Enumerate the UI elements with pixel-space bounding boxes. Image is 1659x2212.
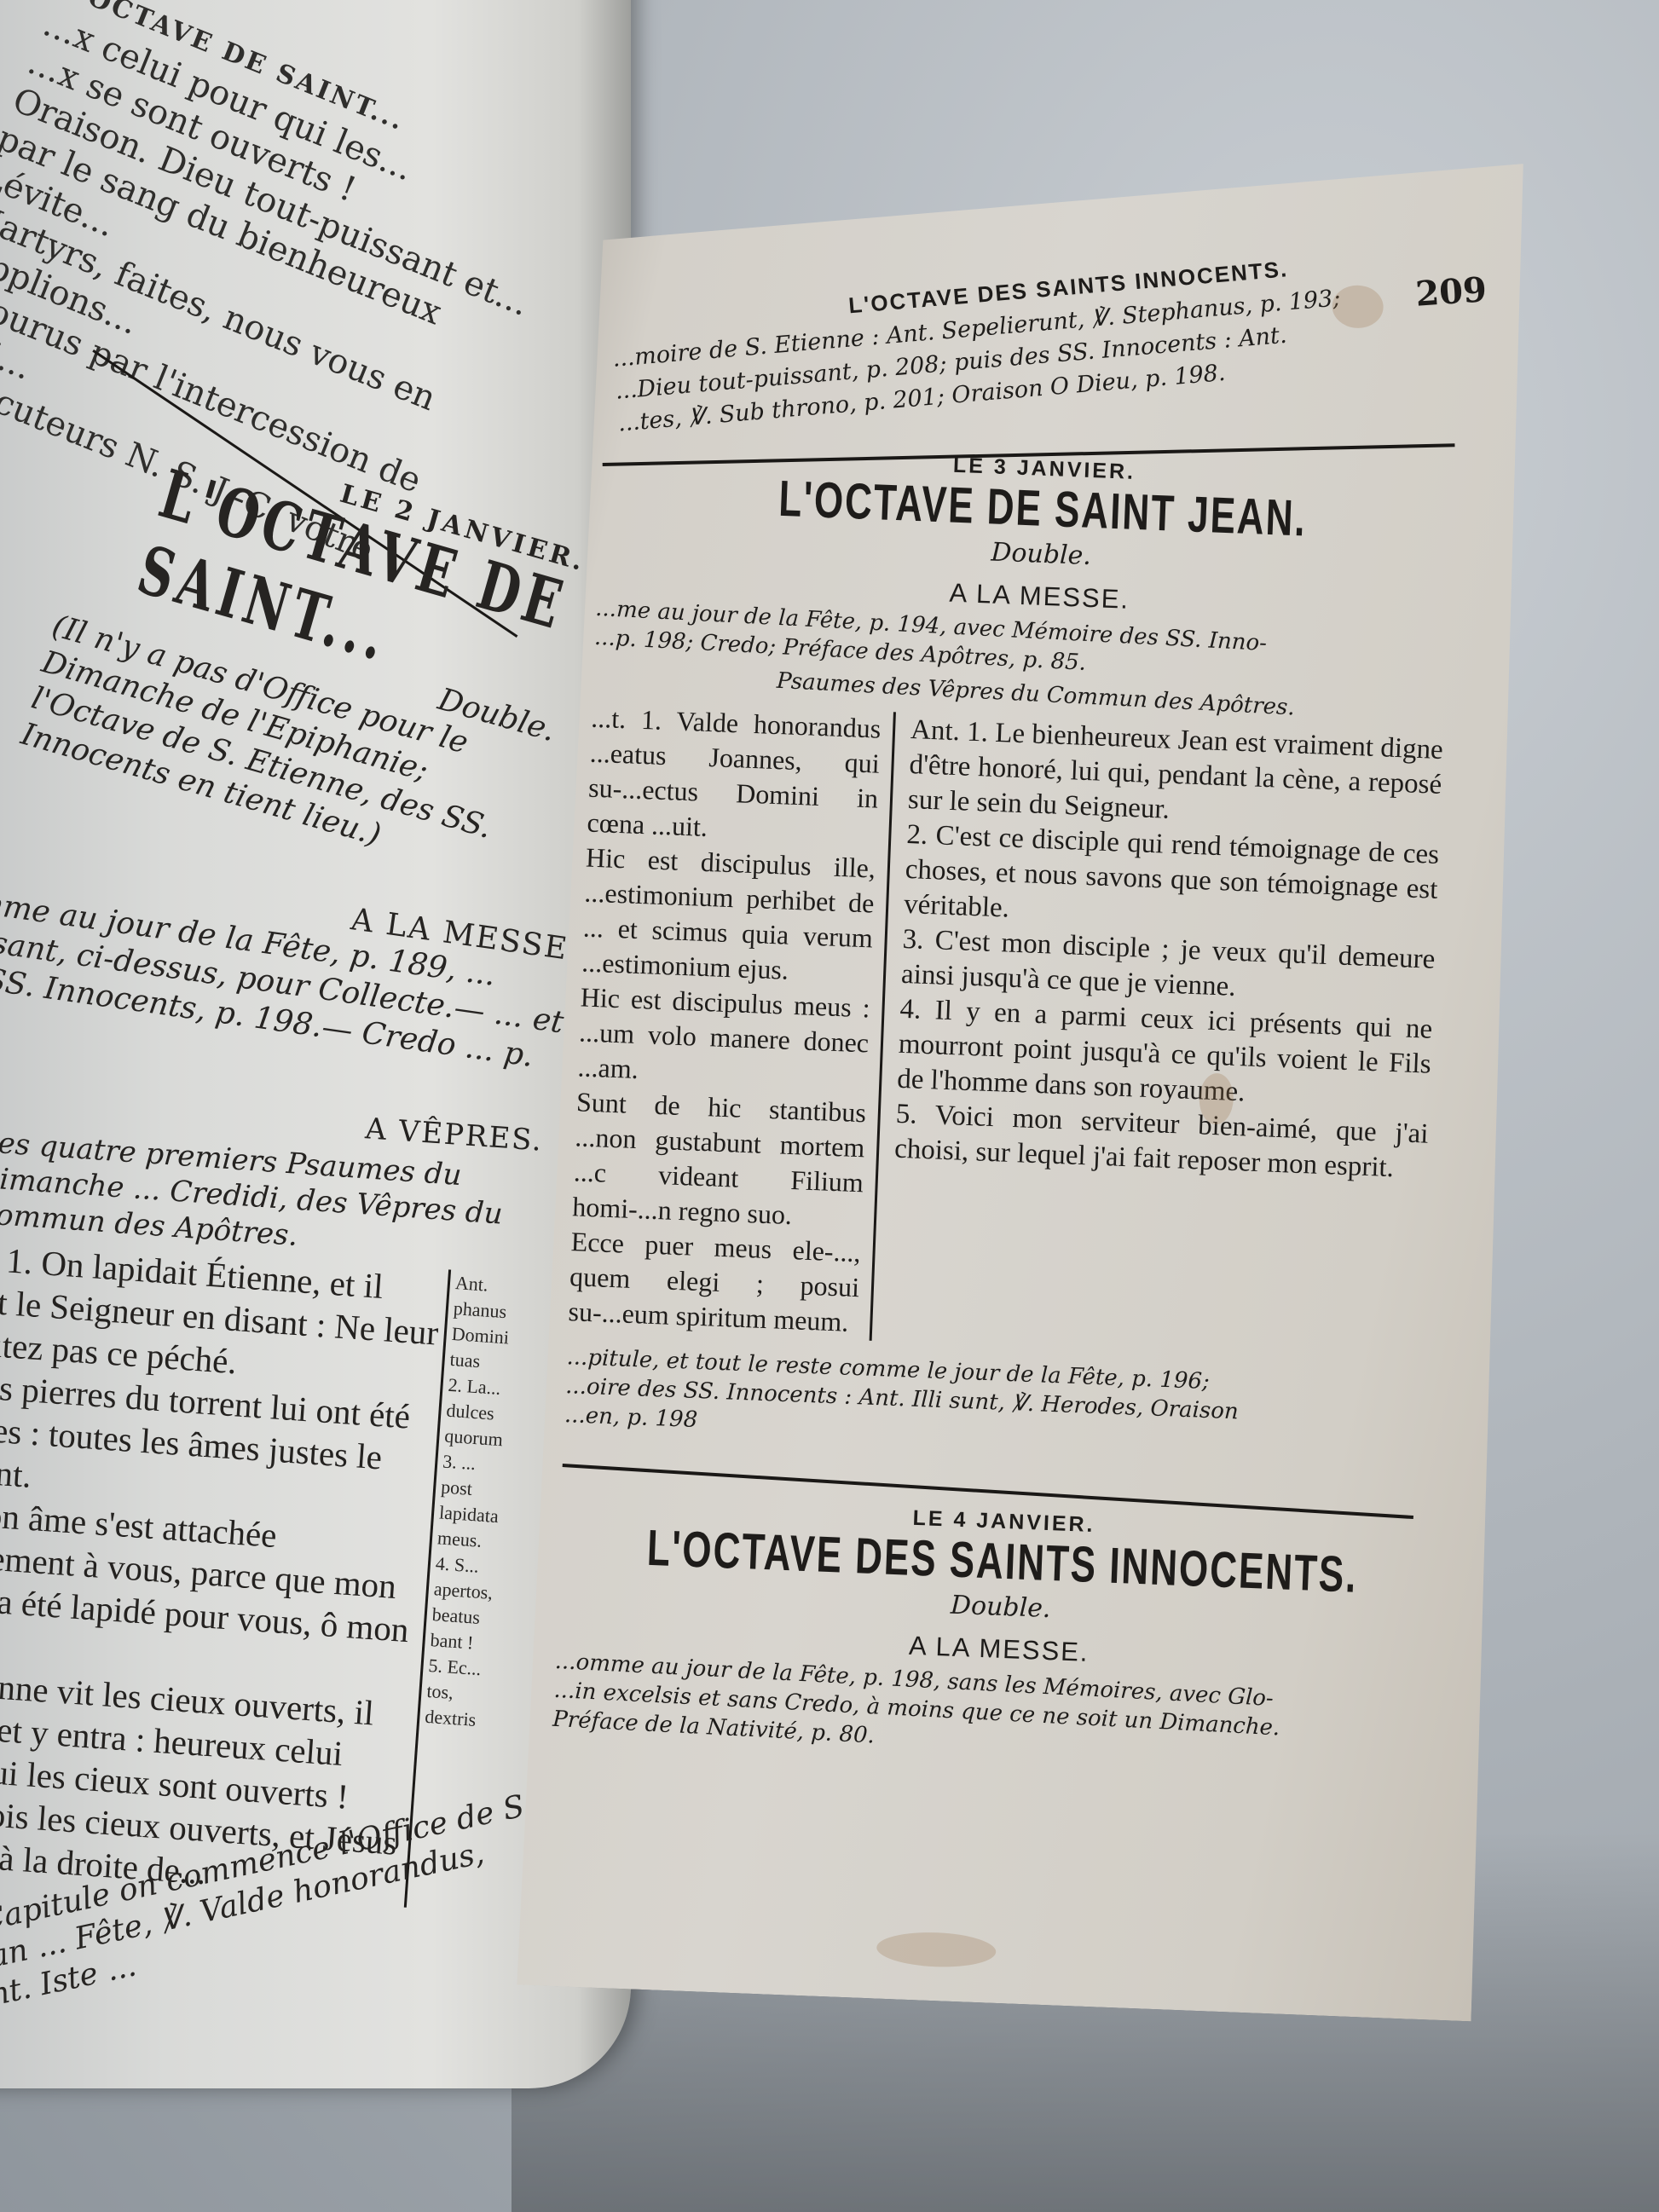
latin-fragment: meus. (436, 1525, 498, 1555)
latin-fragment: post (440, 1474, 501, 1504)
left-french-antiphons: Ant. 1. On lapidait Étienne, et il priai… (0, 1234, 448, 1908)
right-page-body: L'OCTAVE DES SAINTS INNOCENTS. ...moire … (586, 233, 1461, 1773)
latin-fragment: dextris (424, 1704, 485, 1734)
latin-antiphon: Sunt de hic stantibus ...non gustabunt m… (572, 1084, 867, 1235)
section-octave-saints-innocents: LE 4 JANVIER. L'OCTAVE DES SAINTS INNOCE… (586, 1494, 1413, 1773)
latin-antiphon: Hic est discipulus ille, ...estimonium p… (581, 840, 876, 991)
latin-fragment: quorum (443, 1424, 505, 1453)
latin-fragment: dulces (446, 1398, 507, 1428)
latin-fragment: 4. S... (435, 1551, 496, 1580)
latin-antiphon-column: ...t. 1. Valde honorandus ...eatus Joann… (568, 701, 896, 1341)
antiphon: 3. Mon âme s'est attachée étroitement à … (0, 1489, 431, 1695)
section-octave-saint-jean: LE 3 JANVIER. L'OCTAVE DE SAINT JEAN. Do… (598, 441, 1454, 1462)
latin-fragment: lapidata (438, 1499, 500, 1529)
latin-antiphon: Hic est discipulus meus : ...um volo man… (577, 979, 870, 1095)
french-antiphon-column: Ant. 1. Le bienheureux Jean est vraiment… (872, 712, 1444, 1361)
latin-fragment: Domini (451, 1321, 512, 1351)
latin-fragment: Ant. (454, 1270, 516, 1300)
closing-rubric: ...pitule, et tout le reste comme le jou… (564, 1343, 1419, 1462)
latin-fragment: tos, (426, 1678, 488, 1708)
french-antiphon: 2. C'est ce disciple qui rend témoignage… (903, 817, 1439, 943)
latin-fragment: apertos, (433, 1576, 494, 1606)
latin-antiphon: Ecce puer meus ele-..., quem elegi ; pos… (568, 1224, 861, 1340)
latin-fragment: beatus (431, 1602, 493, 1632)
latin-fragment: bant ! (430, 1627, 491, 1657)
french-antiphon: Ant. 1. Le bienheureux Jean est vraiment… (907, 713, 1443, 838)
right-page: 209 L'OCTAVE DES SAINTS INNOCENTS. ...mo… (517, 128, 1542, 2021)
foxing-stain (876, 1931, 997, 1969)
latin-fragment: tuas (449, 1347, 511, 1377)
french-antiphon: 4. Il y en a parmi ceux ici présents qui… (897, 992, 1433, 1118)
latin-antiphon: ...t. 1. Valde honorandus ...eatus Joann… (587, 701, 882, 852)
latin-fragment: 3. ... (442, 1449, 503, 1479)
antiphon-columns: ...t. 1. Valde honorandus ...eatus Joann… (568, 701, 1444, 1362)
left-vespers-section: A VÊPRES. Les quatre premiers Psaumes du… (0, 1083, 578, 1915)
latin-fragment: 2. La... (448, 1372, 509, 1402)
latin-fragment: 5. Ec... (428, 1653, 489, 1683)
latin-fragment: phanus (453, 1296, 514, 1325)
